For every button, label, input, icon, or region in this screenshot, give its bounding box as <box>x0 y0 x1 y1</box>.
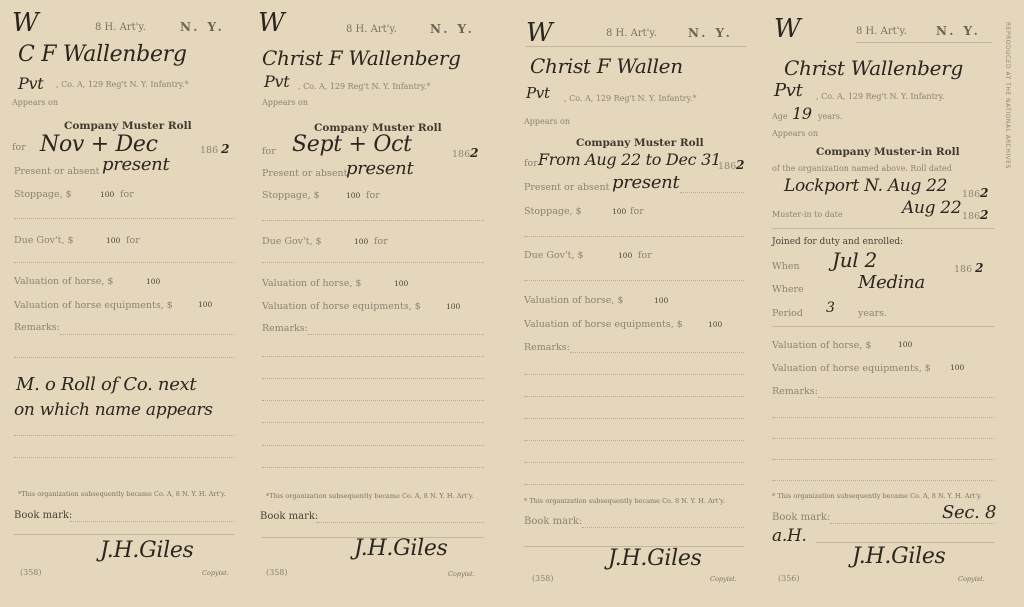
card-initial: W <box>526 18 552 48</box>
state-label: N. Y. <box>430 22 475 36</box>
copyist-label: Copyist. <box>448 570 475 578</box>
copyist-signature: J.H.Giles <box>100 538 194 563</box>
muster-in-label: Muster-in to date <box>772 210 843 219</box>
remarks-line-1: M. o Roll of Co. next <box>16 374 196 395</box>
horse-value: 100 <box>898 340 912 349</box>
card-initial: W <box>258 8 284 38</box>
equipment-label: Valuation of horse equipments, $ <box>524 319 683 330</box>
form-number: (358) <box>20 568 42 577</box>
stoppage-for: for <box>120 189 134 200</box>
due-gov-value: 100 <box>354 237 368 246</box>
stoppage-value: 100 <box>612 207 626 216</box>
joined-label: Joined for duty and enrolled: <box>772 237 903 247</box>
due-gov-for: for <box>126 235 140 246</box>
age-label: Age <box>772 112 788 121</box>
due-gov-label: Due Gov't, $ <box>14 235 74 246</box>
year-label: 1862 <box>718 158 744 172</box>
when-year: 186 2 <box>954 261 983 275</box>
equipment-value: 100 <box>708 320 722 329</box>
year-label: 1862 <box>452 146 478 160</box>
stoppage-label: Stoppage, $ <box>14 189 72 200</box>
due-gov-value: 100 <box>618 251 632 260</box>
equipment-value: 100 <box>446 302 460 311</box>
period-unit: years. <box>858 308 887 319</box>
bookmark-label: Book mark: <box>14 510 72 521</box>
equipment-label: Valuation of horse equipments, $ <box>772 363 931 374</box>
soldier-name: Christ F Wallen <box>530 54 683 78</box>
stoppage-value: 100 <box>100 190 114 199</box>
due-gov-value: 100 <box>106 236 120 245</box>
stoppage-for: for <box>366 190 380 201</box>
equipment-label: Valuation of horse equipments, $ <box>262 301 421 312</box>
muster-in-value: Aug 22 <box>902 198 961 218</box>
present-value: present <box>612 172 679 193</box>
for-label: for <box>262 146 276 157</box>
bookmark-label: Book mark: <box>260 511 318 522</box>
due-gov-for: for <box>374 236 388 247</box>
horse-label: Valuation of horse, $ <box>14 276 113 287</box>
archive-stamp: REPRODUCED AT THE NATIONAL ARCHIVES <box>1004 22 1011 169</box>
unit-label: 8 H. Art'y. <box>346 24 397 35</box>
soldier-rank: Pvt <box>526 84 550 102</box>
year-prefix: 186 <box>954 264 972 275</box>
copyist-label: Copyist. <box>958 575 985 583</box>
muster-card-2: W 8 H. Art'y. N. Y. Christ F Wallenberg … <box>250 0 508 607</box>
for-label: for <box>524 158 538 169</box>
for-label: for <box>12 142 26 153</box>
soldier-name: Christ Wallenberg <box>784 56 963 80</box>
appears-on-label: Appears on <box>772 129 818 138</box>
stoppage-for: for <box>630 206 644 217</box>
equipment-label: Valuation of horse equipments, $ <box>14 300 173 311</box>
horse-value: 100 <box>654 296 668 305</box>
remarks-label: Remarks: <box>524 342 570 353</box>
soldier-rank: Pvt <box>774 80 803 101</box>
year-digit: 2 <box>470 146 478 160</box>
bookmark-value-2: a.H. <box>772 526 807 546</box>
muster-card-sheet: W 8 H. Art'y. N. Y. C F Wallenberg Pvt ,… <box>0 0 1024 607</box>
state-label: N. Y. <box>936 24 981 38</box>
copyist-signature: J.H.Giles <box>852 544 946 569</box>
due-gov-label: Due Gov't, $ <box>262 236 322 247</box>
footnote: * This organization subsequently became … <box>524 497 725 505</box>
state-label: N. Y. <box>688 26 733 40</box>
year-digit: 2 <box>980 208 988 222</box>
copyist-label: Copyist. <box>202 569 229 577</box>
appears-on-label: Appears on <box>12 98 58 107</box>
year-digit: 2 <box>975 261 983 275</box>
appears-on-label: Appears on <box>524 117 570 126</box>
present-value: present <box>102 154 169 175</box>
present-value: present <box>346 158 413 179</box>
stoppage-label: Stoppage, $ <box>524 206 582 217</box>
bookmark-value: Sec. 8 <box>942 502 996 523</box>
copyist-signature: J.H.Giles <box>608 546 702 571</box>
remarks-label: Remarks: <box>772 386 818 397</box>
remarks-label: Remarks: <box>14 322 60 333</box>
roll-title: Company Muster Roll <box>64 120 192 132</box>
remarks-label: Remarks: <box>262 323 308 334</box>
where-value: Medina <box>858 272 925 293</box>
muster-card-4: W 8 H. Art'y. N. Y. Christ Wallenberg Pv… <box>766 0 998 607</box>
horse-value: 100 <box>146 277 160 286</box>
year-prefix: 186 <box>452 149 470 160</box>
equipment-value: 100 <box>198 300 212 309</box>
form-number: (358) <box>266 568 288 577</box>
horse-label: Valuation of horse, $ <box>772 340 871 351</box>
footnote: *This organization subsequently became C… <box>18 490 226 498</box>
soldier-name: C F Wallenberg <box>18 42 187 67</box>
year-prefix: 186 <box>962 211 980 222</box>
present-label: Present or absent <box>524 182 609 193</box>
year-digit: 2 <box>221 142 229 156</box>
roll-dated-value: Lockport N. Aug 22 <box>784 176 947 196</box>
when-value: Jul 2 <box>832 248 877 272</box>
bookmark-label: Book mark: <box>772 512 830 523</box>
copyist-signature: J.H.Giles <box>354 536 448 561</box>
card-initial: W <box>774 14 800 44</box>
state-label: N. Y. <box>180 20 225 34</box>
equipment-value: 100 <box>950 363 964 372</box>
footnote: *This organization subsequently became C… <box>266 492 474 500</box>
due-gov-label: Due Gov't, $ <box>524 250 584 261</box>
remarks-line-2: on which name appears <box>14 400 213 420</box>
form-number: (356) <box>778 574 800 583</box>
bookmark-label: Book mark: <box>524 516 582 527</box>
unit-label: 8 H. Art'y. <box>95 22 146 33</box>
year-prefix: 186 <box>718 161 736 172</box>
year-prefix: 186 <box>200 145 218 156</box>
age-value: 19 <box>792 104 812 123</box>
period-label: Period <box>772 308 803 319</box>
copyist-label: Copyist. <box>710 575 737 583</box>
footnote: * This organization subsequently became … <box>772 492 982 500</box>
where-label: Where <box>772 284 804 295</box>
appears-on-label: Appears on <box>262 98 308 107</box>
company-line: , Co. A, 129 Reg't N. Y. Infantry. <box>816 92 945 101</box>
card-initial: W <box>12 8 38 38</box>
present-label: Present or absent <box>262 168 347 179</box>
company-line: , Co. A, 129 Reg't N. Y. Infantry.* <box>564 94 697 103</box>
present-label: Present or absent <box>14 166 99 177</box>
due-gov-for: for <box>638 250 652 261</box>
company-line: , Co. A, 129 Reg't N. Y. Infantry.* <box>298 82 431 91</box>
age-unit: years. <box>818 112 843 121</box>
roll-title: Company Muster Roll <box>576 137 704 149</box>
unit-label: 8 H. Art'y. <box>856 26 907 37</box>
horse-label: Valuation of horse, $ <box>262 278 361 289</box>
for-value: From Aug 22 to Dec 31 <box>538 150 721 169</box>
year-digit: 2 <box>736 158 744 172</box>
year-digit: 2 <box>980 186 988 200</box>
muster-year-label: 1862 <box>962 208 988 222</box>
year-label: 1862 <box>962 186 988 200</box>
stoppage-label: Stoppage, $ <box>262 190 320 201</box>
stoppage-value: 100 <box>346 191 360 200</box>
soldier-rank: Pvt <box>264 72 289 91</box>
muster-card-3: W 8 H. Art'y. N. Y. Christ F Wallen Pvt … <box>508 0 766 607</box>
year-prefix: 186 <box>962 189 980 200</box>
soldier-name: Christ F Wallenberg <box>262 46 461 70</box>
for-value: Sept + Oct <box>292 132 412 157</box>
muster-card-1: W 8 H. Art'y. N. Y. C F Wallenberg Pvt ,… <box>0 0 250 607</box>
year-label: 186 2 <box>200 142 229 156</box>
horse-value: 100 <box>394 279 408 288</box>
when-label: When <box>772 261 800 272</box>
form-number: (358) <box>532 574 554 583</box>
unit-label: 8 H. Art'y. <box>606 28 657 39</box>
company-line: , Co. A, 129 Reg't N. Y. Infantry.* <box>56 80 189 89</box>
soldier-rank: Pvt <box>18 74 43 93</box>
org-line: of the organization named above. Roll da… <box>772 164 952 173</box>
period-value: 3 <box>826 300 835 316</box>
horse-label: Valuation of horse, $ <box>524 295 623 306</box>
roll-title: Company Muster-in Roll <box>816 146 960 158</box>
